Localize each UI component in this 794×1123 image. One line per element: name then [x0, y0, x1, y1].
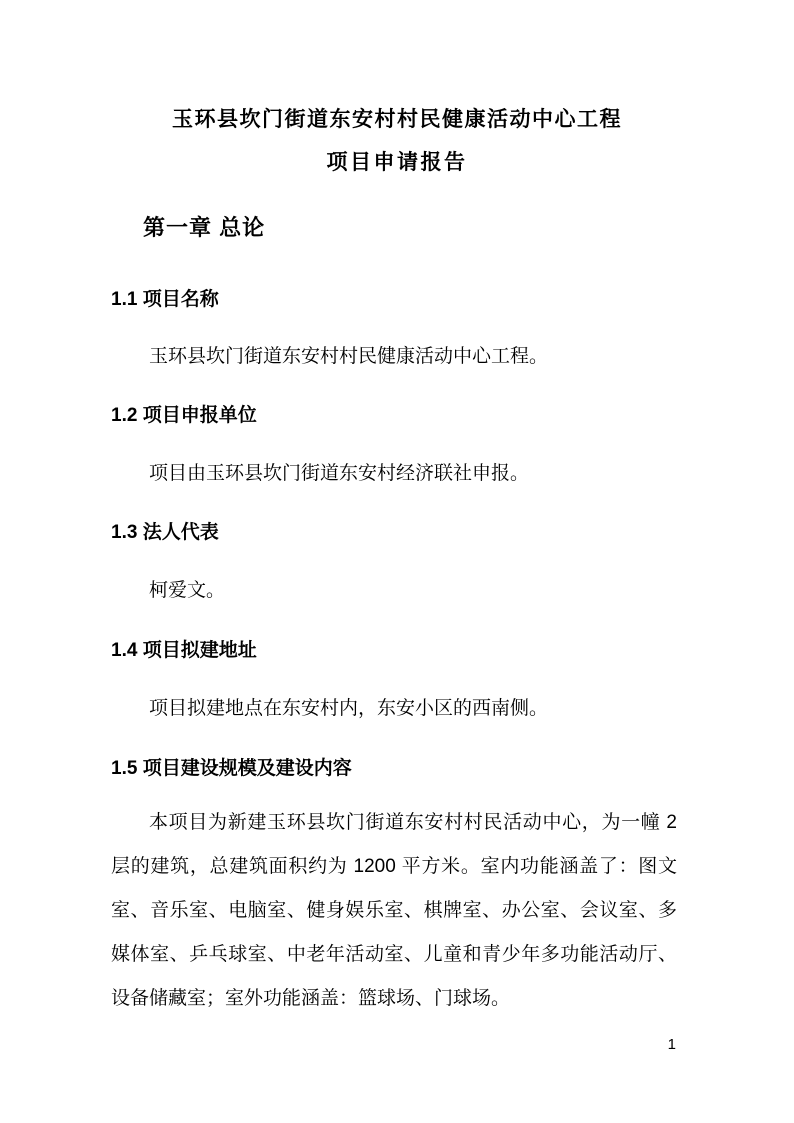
- chapter-heading: 第一章 总论: [143, 211, 265, 242]
- section-1-3-heading: 1.3 法人代表: [111, 517, 219, 544]
- document-subtitle: 项目申请报告: [0, 146, 794, 176]
- page-number: 1: [668, 1036, 676, 1053]
- section-1-3-body: 柯爱文。: [149, 575, 225, 602]
- section-1-2-body: 项目由玉环县坎门街道东安村经济联社申报。: [149, 458, 529, 485]
- section-1-4-heading: 1.4 项目拟建地址: [111, 635, 257, 662]
- section-1-1-heading: 1.1 项目名称: [111, 284, 219, 311]
- section-1-5-body: 本项目为新建玉环县坎门街道东安村村民活动中心，为一幢 2 层的建筑，总建筑面积约…: [111, 801, 677, 1021]
- document-page: 玉环县坎门街道东安村村民健康活动中心工程 项目申请报告 第一章 总论 1.1 项…: [0, 0, 794, 1123]
- section-1-5-heading: 1.5 项目建设规模及建设内容: [111, 753, 352, 780]
- section-1-1-body: 玉环县坎门街道东安村村民健康活动中心工程。: [149, 341, 548, 368]
- document-title: 玉环县坎门街道东安村村民健康活动中心工程: [0, 103, 794, 133]
- section-1-4-body: 项目拟建地点在东安村内，东安小区的西南侧。: [149, 693, 548, 720]
- section-1-2-heading: 1.2 项目申报单位: [111, 400, 257, 427]
